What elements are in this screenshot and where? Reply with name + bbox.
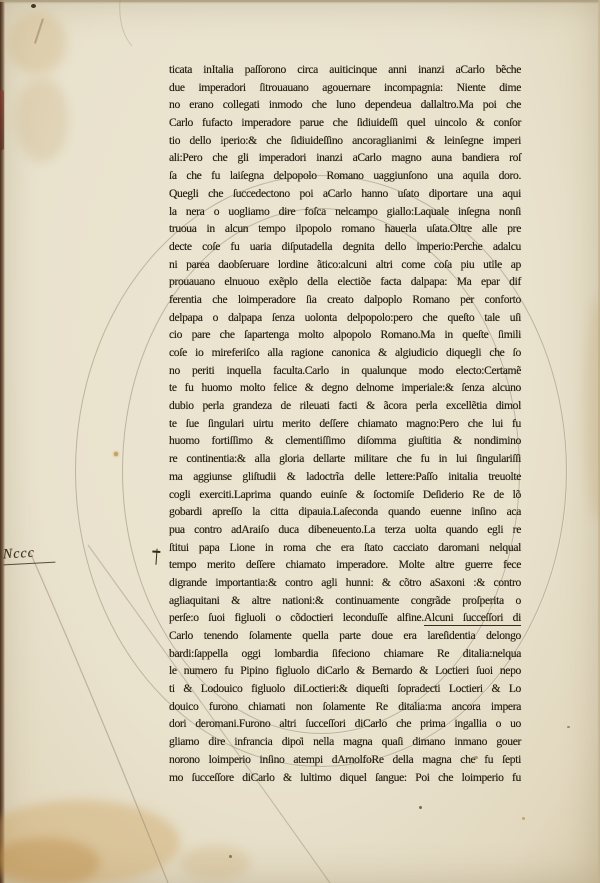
text-line: ferentia che loimperadore ſia creato dal… [169,291,521,309]
text-line: Carlo tenendo ſolamente quella parte dou… [169,627,521,645]
paper-speck [114,452,118,456]
text-line: no periti inquella faculta.Carlo in qual… [169,362,521,380]
text-line: ſa che fu laiſegna delpopolo Romano uagg… [169,167,521,185]
text-line: mo ſucceſſore diCarlo & lultimo diquel ſ… [169,769,521,787]
text-line: delpapa o dalpapa ſenza uolonta delpopol… [169,309,521,327]
paper-speck [419,806,422,809]
text-line: norono loimperio inſino atempi dArnolfoR… [169,751,521,769]
text-line: digrande importantia:& contro agli hunni… [169,574,521,592]
text-line: cio pare che ſapartenga molto alpopolo R… [169,326,521,344]
text-line: bardi:ſappella oggi lombardia ſifeciono … [169,645,521,663]
paper-speck [522,817,525,820]
printed-text-block: ticata inItalia paſſorono circa auiticin… [169,61,521,786]
text-line: ti & Lodouico figluolo diLoctieri:& diqu… [169,680,521,698]
text-line: coſe io mireferiſco alla ragione canonic… [169,344,521,362]
text-line: la nera o uogliamo dire foſca nelcampo g… [169,203,521,221]
text-line: Quegli che ſuccedectono poi aCarlo hanno… [169,185,521,203]
text-line: dori deromani.Furono altri ſucceſſori di… [169,715,521,733]
text-line: re continentia:& alla gloria dellarte mi… [169,450,521,468]
ink-speck [31,4,36,8]
text-line: ſtitui papa Lione in roma che era ſtato … [169,539,521,557]
text-line: cogli exerciti.Laprima quando euinſe & ſ… [169,486,521,504]
text-line: no erano collegati inmodo che luno depen… [169,96,521,114]
text-line: tempo merito deſſere chiamato imperadore… [169,556,521,574]
text-line: perſe:o ſuoi figluoli o cõdoctieri lecon… [169,609,521,627]
paper-speck [474,756,478,759]
text-line: ni parea daobſeruare lordine ãtico:alcun… [169,256,521,274]
book-page: Nccc ticata inItalia paſſorono circa aui… [0,0,600,883]
text-line: huomo fortiſſimo & clementiſſimo diſomma… [169,432,521,450]
paper-speck [300,737,302,739]
text-line: Carlo fufacto imperadore parue che ſidiu… [169,114,521,132]
paper-speck [567,726,570,728]
underlined-phrase: Alcuni ſucceſſori di [424,611,521,626]
handwritten-margin-note: Nccc [3,545,56,566]
paper-speck [229,855,232,858]
text-line: le numero fu Pipino figluolo diCarlo & B… [169,662,521,680]
text-line: truoua in alcun tempo ilpopolo romano ha… [169,220,521,238]
text-line: douico furono chiamati non ſolamente Re … [169,698,521,716]
text-line: pua contro adAraiſo duca dibeneuento.La … [169,521,521,539]
text-line: ali:Pero che gli imperadori inanzi aCarl… [169,149,521,167]
text-line: gliamo dire infrancia dipoi nella magna … [169,733,521,751]
text-line: te fu huomo molto felice & degno delnome… [169,379,521,397]
text-line: tio dello iperio:& che ſidiuideſſino anc… [169,132,521,150]
text-line: ma aggiunse gliſtudii & ladoctrĩa delle … [169,468,521,486]
text-line: dubio perla grandeza de rileuati facti &… [169,397,521,415]
text-line: ticata inItalia paſſorono circa auiticin… [169,61,521,79]
text-line: agliaquitani & altre nationi:& continuam… [169,592,521,610]
margin-ink-mark [155,549,164,566]
text-line: gobardi apreſſo la citta dipauia.Laſecon… [169,503,521,521]
text-line: prouauano elnuouo exẽplo della electiõe … [169,273,521,291]
text-line: te ſue ſingulari uirtu merito deſſere ch… [169,415,521,433]
text-line: decte coſe fu uaria diſputadella degnita… [169,238,521,256]
text-line: due imperadori ſitrouauano agouernare in… [169,79,521,97]
